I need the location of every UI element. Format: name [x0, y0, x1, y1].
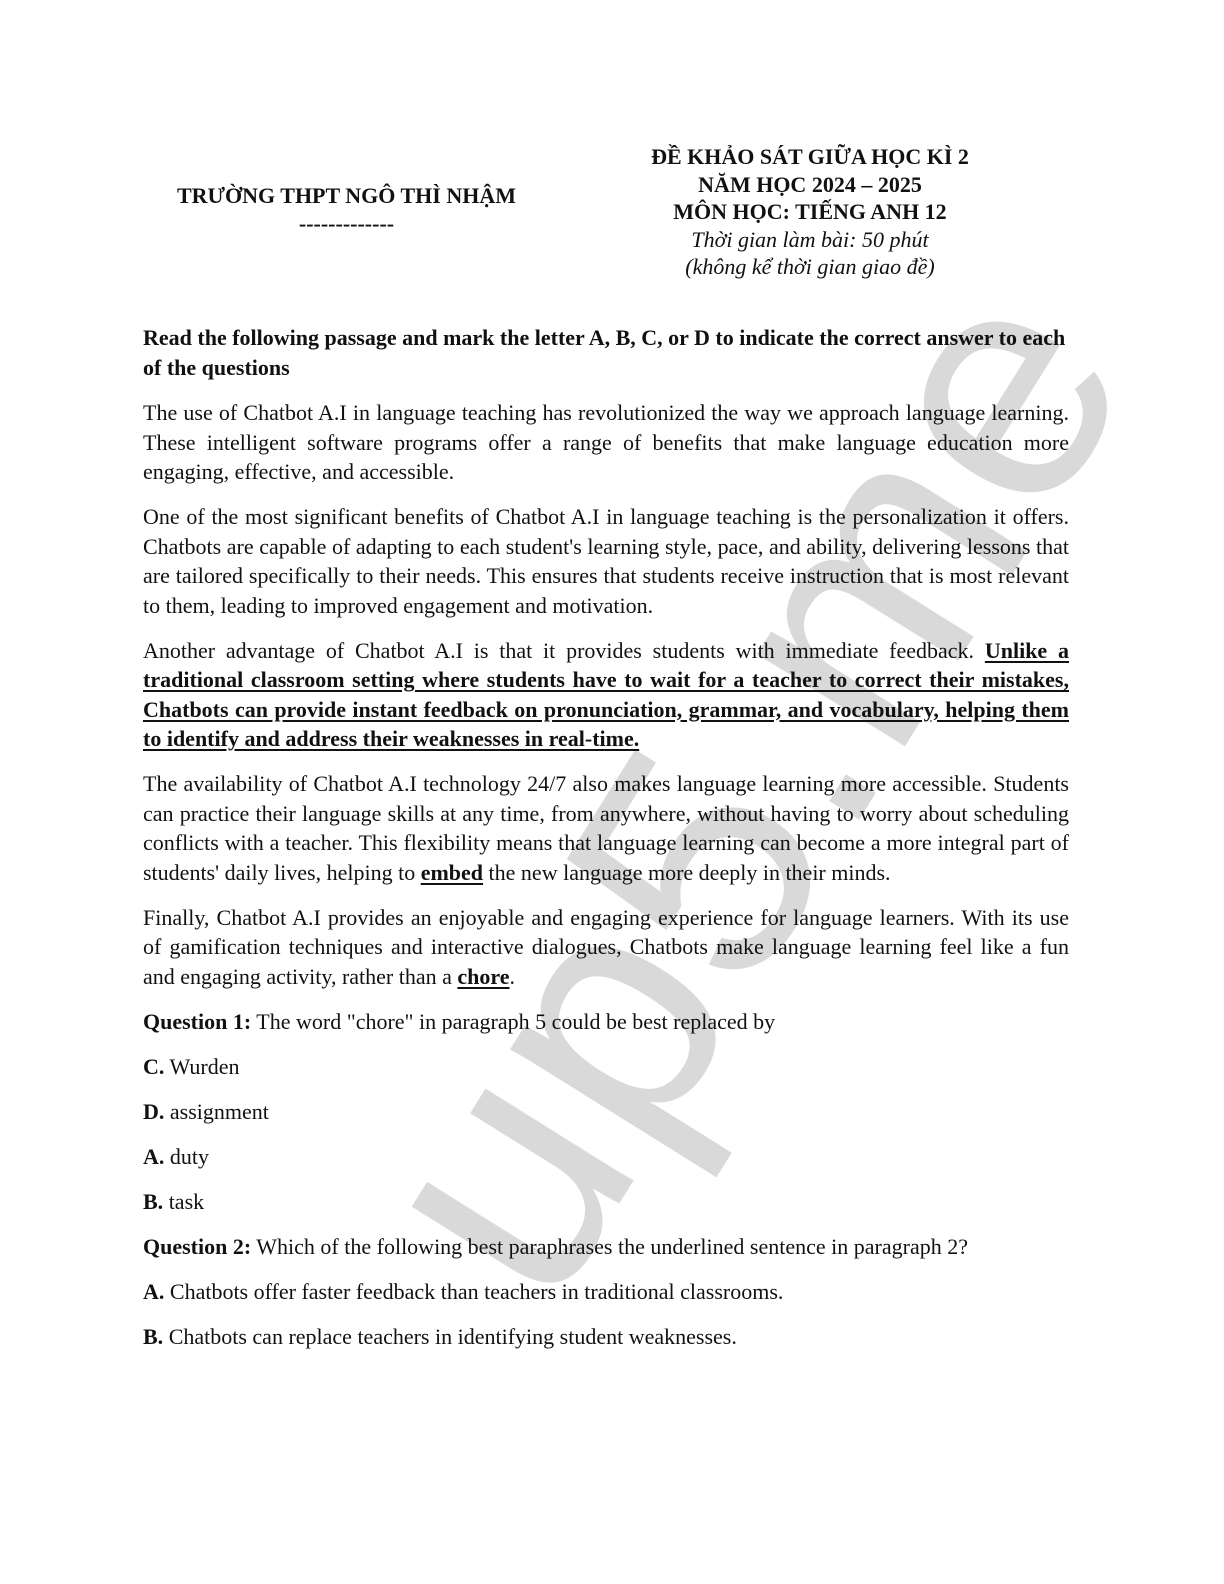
- question-1-option[interactable]: C. Wurden: [143, 1052, 1069, 1082]
- question-1-option[interactable]: A. duty: [143, 1142, 1069, 1172]
- option-text: assignment: [164, 1099, 269, 1124]
- option-letter: A.: [143, 1144, 164, 1169]
- school-separator: -------------: [140, 210, 553, 238]
- passage-paragraph-5: Finally, Chatbot A.I provides an enjoyab…: [143, 903, 1069, 992]
- option-letter: B.: [143, 1324, 163, 1349]
- paragraph-5-text-before: Finally, Chatbot A.I provides an enjoyab…: [143, 905, 1069, 989]
- question-2-option[interactable]: A. Chatbots offer faster feedback than t…: [143, 1277, 1069, 1307]
- subject: MÔN HỌC: TIẾNG ANH 12: [600, 198, 1020, 226]
- option-text: duty: [164, 1144, 209, 1169]
- duration-note: (không kể thời gian giao đề): [600, 253, 1020, 281]
- instruction: Read the following passage and mark the …: [143, 323, 1069, 382]
- option-text: Chatbots offer faster feedback than teac…: [164, 1279, 783, 1304]
- question-1-option[interactable]: B. task: [143, 1187, 1069, 1217]
- paragraph-3-text: Another advantage of Chatbot A.I is that…: [143, 638, 985, 663]
- school-block: TRƯỜNG THPT NGÔ THÌ NHẬM -------------: [140, 182, 553, 238]
- school-year: NĂM HỌC 2024 – 2025: [600, 171, 1020, 199]
- question-1: Question 1: The word "chore" in paragrap…: [143, 1007, 1069, 1217]
- option-letter: B.: [143, 1189, 163, 1214]
- passage-paragraph-1: The use of Chatbot A.I in language teach…: [143, 398, 1069, 487]
- option-letter: C.: [143, 1054, 164, 1079]
- question-1-stem: Question 1: The word "chore" in paragrap…: [143, 1007, 1069, 1037]
- exam-content: Read the following passage and mark the …: [143, 323, 1069, 1367]
- option-letter: A.: [143, 1279, 164, 1304]
- school-name: TRƯỜNG THPT NGÔ THÌ NHẬM: [140, 182, 553, 210]
- question-text: The word "chore" in paragraph 5 could be…: [251, 1009, 775, 1034]
- keyword-chore: chore: [457, 964, 509, 989]
- question-2: Question 2: Which of the following best …: [143, 1232, 1069, 1352]
- passage-paragraph-4: The availability of Chatbot A.I technolo…: [143, 769, 1069, 887]
- passage-paragraph-3: Another advantage of Chatbot A.I is that…: [143, 636, 1069, 754]
- passage-paragraph-2: One of the most significant benefits of …: [143, 502, 1069, 620]
- exam-info-block: ĐỀ KHẢO SÁT GIỮA HỌC KÌ 2 NĂM HỌC 2024 –…: [600, 143, 1020, 281]
- option-letter: D.: [143, 1099, 164, 1124]
- question-2-stem: Question 2: Which of the following best …: [143, 1232, 1069, 1262]
- paragraph-5-text-after: .: [510, 964, 516, 989]
- question-text: Which of the following best paraphrases …: [251, 1234, 968, 1259]
- exam-page: up5.me TRƯỜNG THPT NGÔ THÌ NHẬM --------…: [0, 0, 1224, 1584]
- paragraph-4-text-after: the new language more deeply in their mi…: [483, 860, 891, 885]
- question-label: Question 1:: [143, 1009, 251, 1034]
- option-text: Wurden: [164, 1054, 239, 1079]
- option-text: task: [163, 1189, 204, 1214]
- question-label: Question 2:: [143, 1234, 251, 1259]
- question-2-option[interactable]: B. Chatbots can replace teachers in iden…: [143, 1322, 1069, 1352]
- duration: Thời gian làm bài: 50 phút: [600, 226, 1020, 254]
- question-1-option[interactable]: D. assignment: [143, 1097, 1069, 1127]
- exam-title: ĐỀ KHẢO SÁT GIỮA HỌC KÌ 2: [600, 143, 1020, 171]
- option-text: Chatbots can replace teachers in identif…: [163, 1324, 737, 1349]
- keyword-embed: embed: [421, 860, 483, 885]
